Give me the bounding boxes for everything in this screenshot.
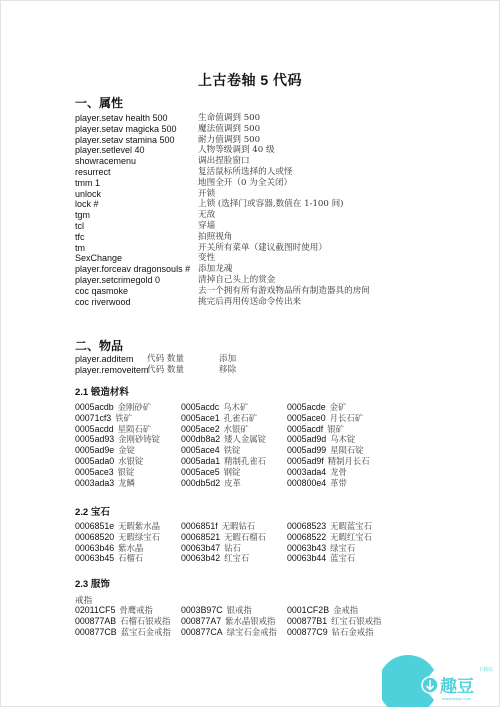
item-entry: 0005ada0水银锭 [75, 456, 181, 467]
item-name: 金刚砂铸锭 [118, 434, 160, 445]
item-entry: 0003ada3龙鳞 [75, 478, 181, 489]
subsection-heading-gems: 2.2 宝石 [75, 504, 110, 518]
gems-grid: 0006851e无暇紫水晶0006851f无暇钻石00068523无暇蓝宝石00… [75, 521, 372, 564]
console-command: lock # [75, 199, 198, 210]
item-code: 00068523 [287, 521, 326, 532]
item-code: 0005ada0 [75, 456, 114, 467]
item-code: 0005acde [287, 402, 326, 413]
item-entry: 0006851f无暇钻石 [181, 521, 287, 532]
item-code: 00063b44 [287, 553, 326, 564]
rings-grid: 02011CF5骨鹰戒指0003B97C银戒指0001CF2B金戒指000877… [75, 605, 381, 637]
item-code: 00071cf3 [75, 413, 111, 424]
console-command: tgm [75, 210, 198, 221]
command-row: player.forceav dragonsouls #添加龙魂 [75, 264, 370, 275]
item-code: 0005ad9f [287, 456, 324, 467]
item-name: 乌木矿 [223, 402, 248, 413]
console-command: player.removeitem [75, 365, 147, 376]
item-entry: 000877CB蓝宝石金戒指 [75, 627, 181, 638]
item-name: 钻石 [224, 543, 241, 554]
item-entry: 0005ad9f精制月长石 [287, 456, 370, 467]
item-entry: 000877C9钻石金戒指 [287, 627, 373, 638]
item-row: 000877AB石榴石银戒指000877A7紫水晶银戒指000877B1红宝石银… [75, 616, 381, 627]
item-code: 0005acdb [75, 402, 114, 413]
item-entry: 000800e4革带 [287, 478, 347, 489]
console-command: coc qasmoke [75, 286, 198, 297]
console-command: player.forceav dragonsouls # [75, 264, 198, 275]
command-description: 复活鼠标所选择的人或怪 [198, 167, 293, 178]
item-entry: 0005ace5钢锭 [181, 467, 287, 478]
item-name: 蓝宝石 [330, 553, 355, 564]
item-name: 星陨石矿 [118, 424, 152, 435]
item-code: 0005ace1 [181, 413, 220, 424]
item-entry: 00063b42红宝石 [181, 553, 287, 564]
item-entry: 0005ace0月长石矿 [287, 413, 363, 424]
command-row: tgm无敌 [75, 210, 370, 221]
item-code: 000877AB [75, 616, 116, 627]
item-code: 0005ace0 [287, 413, 326, 424]
command-row: coc qasmoke去一个拥有所有游戏物品所有制造器具的房间 [75, 286, 370, 297]
item-code: 0005ace4 [181, 445, 220, 456]
command-description: 挑完后再用传送命令传出来 [198, 297, 301, 308]
section-heading-items: 二、物品 [75, 337, 123, 354]
item-code: 0006851f [181, 521, 218, 532]
item-name: 皮革 [224, 478, 241, 489]
item-code: 000877CB [75, 627, 117, 638]
item-code: 0003B97C [181, 605, 223, 616]
item-name: 紫水晶银戒指 [225, 616, 275, 627]
item-row: 0005acdd星陨石矿0005ace2水银矿0005acdf银矿 [75, 424, 370, 435]
console-command: player.setlevel 40 [75, 145, 198, 156]
item-entry: 0003ada4龙骨 [287, 467, 347, 478]
item-code: 0005ace3 [75, 467, 114, 478]
item-name: 无暇红宝石 [330, 532, 372, 543]
item-name: 无暇钻石 [222, 521, 256, 532]
item-name: 金矿 [330, 402, 347, 413]
item-name: 月长石矿 [330, 413, 364, 424]
item-name: 无暇紫水晶 [118, 521, 160, 532]
item-entry: 000db5d2皮革 [181, 478, 287, 489]
command-description: 添加龙魂 [198, 264, 232, 275]
item-entry: 0005ace2水银矿 [181, 424, 287, 435]
item-entry: 0005acdd星陨石矿 [75, 424, 181, 435]
item-entry: 00068523无暇蓝宝石 [287, 521, 372, 532]
item-name: 龙鳞 [118, 478, 135, 489]
item-entry: 0001CF2B金戒指 [287, 605, 358, 616]
item-name: 银锭 [118, 467, 135, 478]
item-name: 绿宝石金戒指 [227, 627, 277, 638]
console-command: resurrect [75, 167, 198, 178]
item-row: 0003ada3龙鳞000db5d2皮革000800e4革带 [75, 478, 370, 489]
command-description: 开关所有菜单（建议截图时使用） [198, 243, 327, 254]
item-entry: 02011CF5骨鹰戒指 [75, 605, 181, 616]
item-name: 铁矿 [115, 413, 132, 424]
command-description: 去一个拥有所有游戏物品所有制造器具的房间 [198, 286, 370, 297]
item-entry: 0006851e无暇紫水晶 [75, 521, 181, 532]
item-name: 乌木锭 [330, 434, 355, 445]
command-args: 代码 数量 [147, 365, 219, 376]
item-code: 00063b45 [75, 553, 114, 564]
item-entry: 0005ace3银锭 [75, 467, 181, 478]
item-code: 0005acdf [287, 424, 323, 435]
item-row: 00068520无暇绿宝石00068521无暇石榴石00068522无暇红宝石 [75, 532, 372, 543]
command-description: 上锁 (选择门或容器,数值在 1-100 间) [198, 199, 344, 210]
item-code: 000877C9 [287, 627, 328, 638]
item-command-row: player.removeitem代码 数量移除 [75, 365, 236, 376]
item-name: 精制月长石 [328, 456, 370, 467]
item-name: 铁锭 [224, 445, 241, 456]
command-row: player.setcrimegold 0清掉自己头上的赏金 [75, 275, 370, 286]
item-row: 0005ada0水银锭0005ada1精制孔雀石0005ad9f精制月长石 [75, 456, 370, 467]
console-command: tcl [75, 221, 198, 232]
item-code: 0005ace5 [181, 467, 220, 478]
command-description: 穿墙 [198, 221, 215, 232]
item-name: 精制孔雀石 [224, 456, 266, 467]
console-command: tfc [75, 232, 198, 243]
item-code: 0005ace2 [181, 424, 220, 435]
command-row: lock #上锁 (选择门或容器,数值在 1-100 间) [75, 199, 370, 210]
command-action: 移除 [219, 365, 236, 376]
item-code: 000877A7 [181, 616, 221, 627]
item-name: 无暇石榴石 [224, 532, 266, 543]
item-entry: 0005ace1孔雀石矿 [181, 413, 287, 424]
command-row: tcl穿墙 [75, 221, 370, 232]
item-command-list: player.additem代码 数量添加player.removeitem代码… [75, 354, 236, 376]
item-entry: 0005acdc乌木矿 [181, 402, 287, 413]
item-name: 骨鹰戒指 [119, 605, 153, 616]
item-code: 0005ad9e [75, 445, 114, 456]
console-command: tm [75, 243, 198, 254]
item-entry: 0005ad93金刚砂铸锭 [75, 434, 181, 445]
item-code: 0005ad9d [287, 434, 326, 445]
item-row: 00071cf3铁矿0005ace1孔雀石矿0005ace0月长石矿 [75, 413, 370, 424]
item-code: 02011CF5 [75, 605, 115, 616]
command-description: 无敌 [198, 210, 215, 221]
item-entry: 0003B97C银戒指 [181, 605, 287, 616]
pacman-logo-icon: 趣豆 下载站 www.qdsjz.com [382, 648, 500, 707]
item-code: 00068522 [287, 532, 326, 543]
item-name: 钢锭 [224, 467, 241, 478]
item-entry: 0005acdf银矿 [287, 424, 344, 435]
item-code: 0005ad99 [287, 445, 326, 456]
item-name: 金刚砂矿 [118, 402, 152, 413]
item-code: 000877B1 [287, 616, 327, 627]
item-name: 石榴石银戒指 [120, 616, 170, 627]
item-entry: 0005ada1精制孔雀石 [181, 456, 287, 467]
console-command: tmm 1 [75, 178, 198, 189]
watermark-logo: 趣豆 下载站 www.qdsjz.com [382, 648, 500, 707]
command-description: 生命值调到 500 [198, 113, 260, 124]
command-row: resurrect复活鼠标所选择的人或怪 [75, 167, 370, 178]
item-entry: 0005ad99星陨石锭 [287, 445, 364, 456]
item-code: 00063b46 [75, 543, 114, 554]
item-entry: 000877A7紫水晶银戒指 [181, 616, 287, 627]
item-name: 无暇蓝宝石 [330, 521, 372, 532]
command-row: coc riverwood挑完后再用传送命令传出来 [75, 297, 370, 308]
command-row: player.setav stamina 500耐力值调到 500 [75, 135, 370, 146]
item-row: 000877CB蓝宝石金戒指000877CA绿宝石金戒指000877C9钻石金戒… [75, 627, 381, 638]
item-name: 革带 [330, 478, 347, 489]
item-name: 钻石金戒指 [332, 627, 374, 638]
item-entry: 000877B1红宝石银戒指 [287, 616, 381, 627]
item-name: 紫水晶 [118, 543, 143, 554]
item-code: 0006851e [75, 521, 114, 532]
command-description: 清掉自己头上的赏金 [198, 275, 275, 286]
command-description: 开锁 [198, 189, 215, 200]
item-name: 矮人金属锭 [224, 434, 266, 445]
command-row: tm开关所有菜单（建议截图时使用） [75, 243, 370, 254]
console-command: unlock [75, 189, 198, 200]
item-code: 0003ada4 [287, 467, 326, 478]
command-row: player.setav health 500生命值调到 500 [75, 113, 370, 124]
command-row: showracemenu调出捏脸窗口 [75, 156, 370, 167]
item-entry: 00068520无暇绿宝石 [75, 532, 181, 543]
item-entry: 00063b43绿宝石 [287, 543, 355, 554]
item-code: 00063b47 [181, 543, 220, 554]
item-name: 水银矿 [224, 424, 249, 435]
console-command: player.setav magicka 500 [75, 124, 198, 135]
command-description: 人物等级调到 40 级 [198, 145, 275, 156]
item-code: 00063b42 [181, 553, 220, 564]
subsection-heading-smithing: 2.1 锻造材料 [75, 384, 129, 398]
item-entry: 00068522无暇红宝石 [287, 532, 372, 543]
item-code: 000db8a2 [181, 434, 220, 445]
item-entry: 0005ad9e金锭 [75, 445, 181, 456]
item-row: 0006851e无暇紫水晶0006851f无暇钻石00068523无暇蓝宝石 [75, 521, 372, 532]
item-code: 00068521 [181, 532, 220, 543]
item-entry: 0005acde金矿 [287, 402, 346, 413]
command-row: tmm 1地图全开（0 为全关闭） [75, 178, 370, 189]
item-entry: 00063b45石榴石 [75, 553, 181, 564]
item-entry: 00068521无暇石榴石 [181, 532, 287, 543]
item-code: 000877CA [181, 627, 223, 638]
item-code: 0005acdc [181, 402, 219, 413]
svg-text:趣豆: 趣豆 [440, 676, 474, 697]
item-name: 绿宝石 [330, 543, 355, 554]
console-command: player.setav stamina 500 [75, 135, 198, 146]
item-name: 石榴石 [118, 553, 143, 564]
item-name: 孔雀石矿 [224, 413, 258, 424]
item-name: 红宝石 [224, 553, 249, 564]
console-command: player.setcrimegold 0 [75, 275, 198, 286]
console-command: SexChange [75, 253, 198, 264]
item-code: 000db5d2 [181, 478, 220, 489]
item-row: 02011CF5骨鹰戒指0003B97C银戒指0001CF2B金戒指 [75, 605, 381, 616]
item-entry: 00071cf3铁矿 [75, 413, 181, 424]
console-command: coc riverwood [75, 297, 198, 308]
item-code: 00068520 [75, 532, 114, 543]
item-code: 0005ad93 [75, 434, 114, 445]
command-row: unlock开锁 [75, 189, 370, 200]
page-title: 上古卷轴 5 代码 [0, 70, 500, 90]
attribute-command-list: player.setav health 500生命值调到 500player.s… [75, 113, 370, 307]
command-row: player.setlevel 40人物等级调到 40 级 [75, 145, 370, 156]
svg-text:下载站: 下载站 [478, 666, 493, 673]
item-entry: 0005ace4铁锭 [181, 445, 287, 456]
svg-text:www.qdsjz.com: www.qdsjz.com [442, 696, 472, 701]
item-entry: 0005acdb金刚砂矿 [75, 402, 181, 413]
item-name: 银戒指 [227, 605, 252, 616]
item-name: 水银锭 [118, 456, 143, 467]
command-args: 代码 数量 [147, 354, 219, 365]
item-name: 龙骨 [330, 467, 347, 478]
command-description: 变性 [198, 253, 215, 264]
item-name: 无暇绿宝石 [118, 532, 160, 543]
console-command: player.setav health 500 [75, 113, 198, 124]
console-command: player.additem [75, 354, 147, 365]
item-name: 星陨石锭 [330, 445, 364, 456]
item-entry: 000db8a2矮人金属锭 [181, 434, 287, 445]
item-name: 金戒指 [333, 605, 358, 616]
item-code: 0001CF2B [287, 605, 329, 616]
smithing-materials-grid: 0005acdb金刚砂矿0005acdc乌木矿0005acde金矿00071cf… [75, 402, 370, 488]
item-code: 0005acdd [75, 424, 114, 435]
console-command: showracemenu [75, 156, 198, 167]
item-entry: 000877AB石榴石银戒指 [75, 616, 181, 627]
item-entry: 00063b47钻石 [181, 543, 287, 554]
item-entry: 00063b44蓝宝石 [287, 553, 355, 564]
item-code: 0003ada3 [75, 478, 114, 489]
command-description: 拍照视角 [198, 232, 232, 243]
item-row: 0005ad9e金锭0005ace4铁锭0005ad99星陨石锭 [75, 445, 370, 456]
item-entry: 0005ad9d乌木锭 [287, 434, 355, 445]
item-command-row: player.additem代码 数量添加 [75, 354, 236, 365]
command-action: 添加 [219, 354, 236, 365]
item-row: 00063b45石榴石00063b42红宝石00063b44蓝宝石 [75, 553, 372, 564]
item-row: 00063b46紫水晶00063b47钻石00063b43绿宝石 [75, 543, 372, 554]
item-row: 0005ace3银锭0005ace5钢锭0003ada4龙骨 [75, 467, 370, 478]
command-row: SexChange变性 [75, 253, 370, 264]
command-row: player.setav magicka 500魔法值调到 500 [75, 124, 370, 135]
command-description: 魔法值调到 500 [198, 124, 260, 135]
command-row: tfc拍照视角 [75, 232, 370, 243]
item-code: 00063b43 [287, 543, 326, 554]
item-entry: 000877CA绿宝石金戒指 [181, 627, 287, 638]
item-name: 银矿 [327, 424, 344, 435]
item-code: 000800e4 [287, 478, 326, 489]
item-code: 0005ada1 [181, 456, 220, 467]
item-name: 红宝石银戒指 [331, 616, 381, 627]
item-row: 0005ad93金刚砂铸锭000db8a2矮人金属锭0005ad9d乌木锭 [75, 434, 370, 445]
item-row: 0005acdb金刚砂矿0005acdc乌木矿0005acde金矿 [75, 402, 370, 413]
command-description: 耐力值调到 500 [198, 135, 260, 146]
command-description: 地图全开（0 为全关闭） [198, 178, 292, 189]
command-description: 调出捏脸窗口 [198, 156, 250, 167]
item-name: 金锭 [118, 445, 135, 456]
item-name: 蓝宝石金戒指 [121, 627, 171, 638]
section-heading-attributes: 一、属性 [75, 94, 123, 111]
subsection-heading-apparel: 2.3 服饰 [75, 576, 110, 590]
item-entry: 00063b46紫水晶 [75, 543, 181, 554]
